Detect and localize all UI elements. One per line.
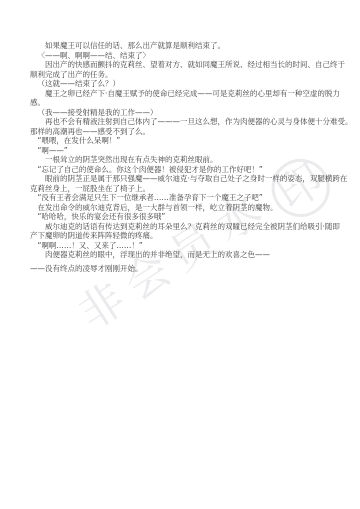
text-line: 威尔迪克的话语有传达到克莉丝的耳朵里么？克莉丝的双瞳已经完全被阴茎们给吸引·随即: [30, 222, 334, 232]
text-line: 那样的高潮再也——感受不到了么。: [30, 127, 334, 137]
text-line: 如果魔王可以信任的话、那么出产就算是顺利结束了。: [30, 41, 334, 51]
text-line: 在发出命令的威尔迪克背后，是一大群与首领一样，屹立着阴茎的魔物。: [30, 203, 334, 213]
text-line: （这就——结束了么？）: [30, 79, 334, 89]
text-line: 顺利完成了出产的任务。: [30, 70, 334, 80]
novel-page: { "page": { "background_color": "#ffffff…: [0, 0, 360, 509]
text-line: 再也不会有精液注射到自己体内了———一旦这么想，作为肉便器的心灵与身体便十分难受…: [30, 117, 334, 127]
text-line: 克莉丝身上，一屁股坐在了椅子上。: [30, 184, 334, 194]
text-line: “忘记了自己的使命么。你这个肉便器！被侵犯才是你的工作好吧！”: [30, 165, 334, 175]
text-line: 〈——啊、啊啊——结、结束了〉: [30, 51, 334, 61]
text-line: 肉便器克莉丝的眼中，浮现出的并非绝望，而是无上的欢喜之色——: [30, 250, 334, 260]
text-line: “哈哈哈，快乐的宴会还有很多很多哦”: [30, 212, 334, 222]
text-content: 如果魔王可以信任的话、那么出产就算是顺利结束了。 〈——啊、啊啊——结、结束了〉…: [30, 41, 334, 273]
text-line: ——没有终点的凌辱才刚刚开始。: [30, 264, 334, 274]
text-line: “没有王者会满足只生下一位继承者……准备孕育下一个魔王之子吧”: [30, 193, 334, 203]
text-line: 因出产的快感而颤抖的克莉丝、望着对方、就如同魔王所说、经过相当长的时间、自己终于: [30, 60, 334, 70]
text-line: “喂喂，在发什么呆啊！”: [30, 136, 334, 146]
text-line: 魔王之卵已经产下·自魔王赋予的使命已经完成——可是克莉丝的心里却有一种空虚的脱力: [30, 89, 334, 99]
page-background: 非会员水印 如果魔王可以信任的话、那么出产就算是顺利结束了。 〈——啊、啊啊——…: [0, 0, 360, 509]
text-line: 感。: [30, 98, 334, 108]
text-line: （我——接受射精是我的工作——）: [30, 108, 334, 118]
text-line: 一根耸立的阴茎突然出现在有点失神的克莉丝眼前。: [30, 155, 334, 165]
text-line: “啊——”: [30, 146, 334, 156]
text-line: “啊啊……！又、又来了……！”: [30, 241, 334, 251]
text-line: 眼前的阴茎正是属于那只强魔——威尔迪克·与夺取自己处子之身时一样的姿态，双腿横跨…: [30, 174, 334, 184]
text-line: 产下魔卵的阴道传来阵阵轻微的疼痛。: [30, 231, 334, 241]
